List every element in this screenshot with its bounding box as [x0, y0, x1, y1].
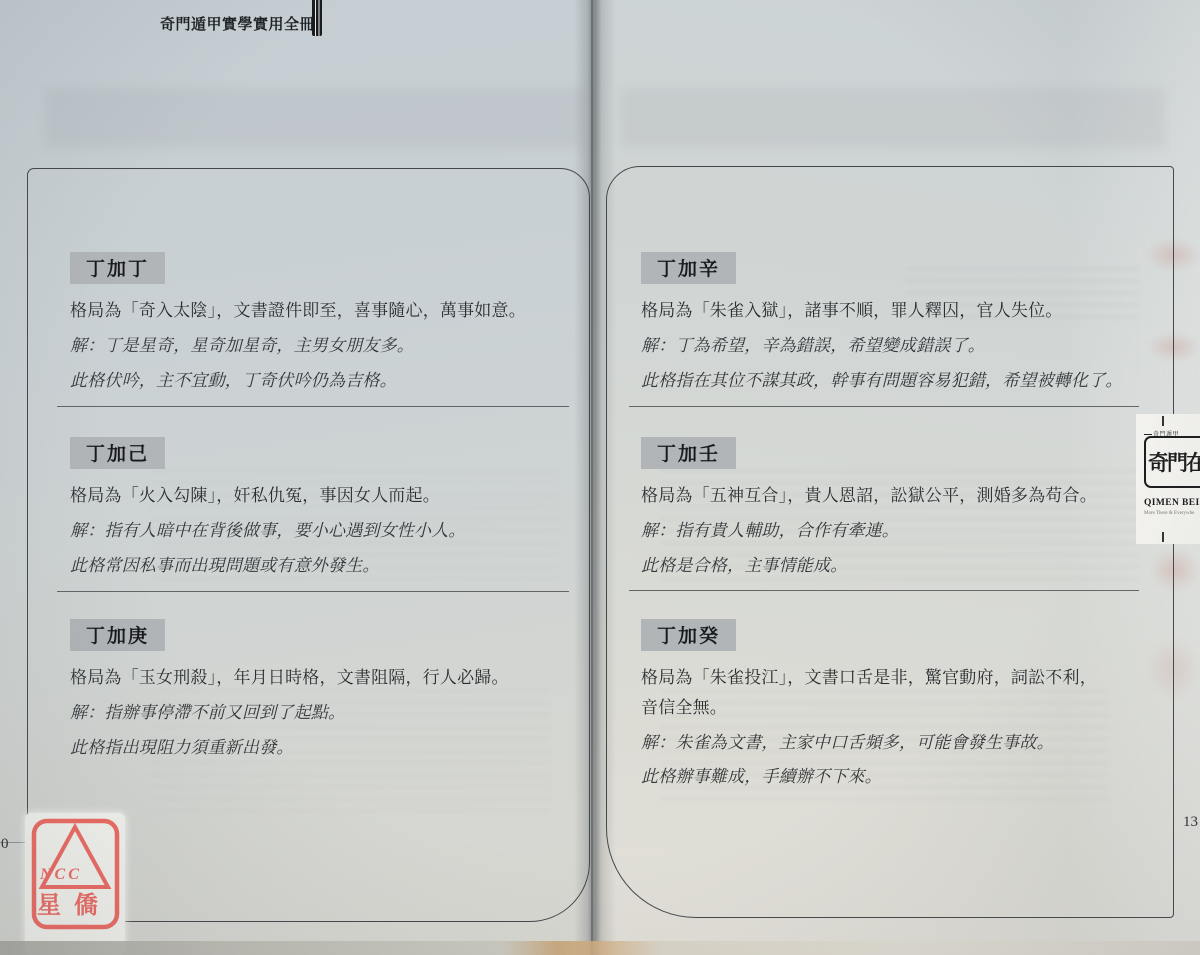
- pattern-line: 格局為「五神互合」，貴人恩詔，訟獄公平，測婚多為苟合。: [641, 481, 1153, 511]
- section-heading: 丁加庚: [70, 619, 165, 651]
- section-ding-jia-ren: 丁加壬 格局為「五神互合」，貴人恩詔，訟獄公平，測婚多為苟合。 解：指有貴人輔助…: [641, 437, 1153, 585]
- note-line: 此格伏吟，主不宜動，丁奇伏吟仍為吉格。: [70, 366, 582, 396]
- pattern-line: 格局為「朱雀投江」，文書口舌是非，驚官動府，詞訟不利，音信全無。: [641, 663, 1113, 723]
- ncc-stamp-icon: NCC 星僑: [25, 813, 125, 955]
- ncc-stamp-text: NCC: [39, 866, 82, 883]
- explain-line: 解：丁是星奇，星奇加星奇，主男女朋友多。: [70, 331, 582, 361]
- section-ding-jia-gui: 丁加癸 格局為「朱雀投江」，文書口舌是非，驚官動府，詞訟不利，音信全無。 解：朱…: [641, 619, 1153, 797]
- note-line: 此格指出現阻力須重新出發。: [70, 733, 582, 763]
- explain-line: 解：指有貴人輔助，合作有牽連。: [641, 516, 1153, 546]
- section-divider: [629, 406, 1139, 407]
- pattern-line: 格局為「火入勾陳」，奸私仇冤，事因女人而起。: [70, 481, 582, 511]
- section-heading: 丁加壬: [641, 437, 736, 469]
- section-divider: [57, 406, 569, 407]
- book-bottom-edge: [0, 941, 1200, 955]
- bleed-through: [620, 88, 1165, 148]
- book-gutter-line: [591, 0, 593, 955]
- section-divider: [57, 591, 569, 592]
- book-photo: 奇門遁甲實學實用全冊 丁加丁 格局為「奇入太陰」，文書證件即至，喜事隨心，萬事如…: [0, 0, 1200, 955]
- registration-mark: [1162, 416, 1164, 426]
- qimen-seal-icon: 奇門在此: [1144, 436, 1200, 488]
- bleed-through: [45, 88, 585, 148]
- note-line: 此格常因私事而出現問題或有意外發生。: [70, 551, 582, 581]
- volume-bar-icon: [312, 0, 322, 36]
- registration-mark: [1162, 532, 1164, 542]
- section-ding-jia-xin: 丁加辛 格局為「朱雀入獄」，諸事不順，罪人釋囚，官人失位。 解：丁為希望，辛為錯…: [641, 252, 1153, 400]
- note-line: 此格辦事難成，手續辦不下來。: [641, 762, 1153, 792]
- explain-line: 解：指有人暗中在背後做事，要小心遇到女性小人。: [70, 516, 582, 546]
- pattern-line: 格局為「朱雀入獄」，諸事不順，罪人釋囚，官人失位。: [641, 296, 1153, 326]
- explain-line: 解：朱雀為文書，主家中口舌頻多，可能會發生事故。: [641, 728, 1153, 758]
- qimen-logo-name: QIMEN BEIN: [1144, 498, 1200, 508]
- section-ding-jia-geng: 丁加庚 格局為「玉女刑殺」，年月日時格，文書阻隔，行人必歸。 解：指辦事停滯不前…: [70, 619, 582, 767]
- section-ding-jia-ji: 丁加己 格局為「火入勾陳」，奸私仇冤，事因女人而起。 解：指有人暗中在背後做事，…: [70, 437, 582, 585]
- note-line: 此格是合格，主事情能成。: [641, 551, 1153, 581]
- pattern-line: 格局為「奇入太陰」，文書證件即至，喜事隨心，萬事如意。: [70, 296, 582, 326]
- section-heading: 丁加丁: [70, 252, 165, 284]
- ncc-stamp: NCC 星僑: [25, 813, 125, 955]
- left-page-number: 0: [1, 836, 9, 853]
- section-heading: 丁加癸: [641, 619, 736, 651]
- section-ding-jia-ding: 丁加丁 格局為「奇入太陰」，文書證件即至，喜事隨心，萬事如意。 解：丁是星奇，星…: [70, 252, 582, 400]
- explain-line: 解：丁為希望，辛為錯誤，希望變成錯誤了。: [641, 331, 1153, 361]
- section-divider: [629, 590, 1139, 591]
- qimen-logo-tagline: More There & Everywhe: [1144, 511, 1194, 516]
- qimen-logo: 奇門遁甲 奇門在此 QIMEN BEIN More There & Everyw…: [1136, 414, 1200, 544]
- ncc-stamp-cjk: 星僑: [37, 892, 111, 919]
- section-heading: 丁加辛: [641, 252, 736, 284]
- section-heading: 丁加己: [70, 437, 165, 469]
- explain-line: 解：指辦事停滯不前又回到了起點。: [70, 698, 582, 728]
- note-line: 此格指在其位不謀其政，幹事有問題容易犯錯，希望被轉化了。: [641, 366, 1153, 396]
- right-page-number: 13: [1183, 814, 1198, 831]
- pattern-line: 格局為「玉女刑殺」，年月日時格，文書阻隔，行人必歸。: [70, 663, 582, 693]
- book-header-title: 奇門遁甲實學實用全冊: [160, 13, 315, 34]
